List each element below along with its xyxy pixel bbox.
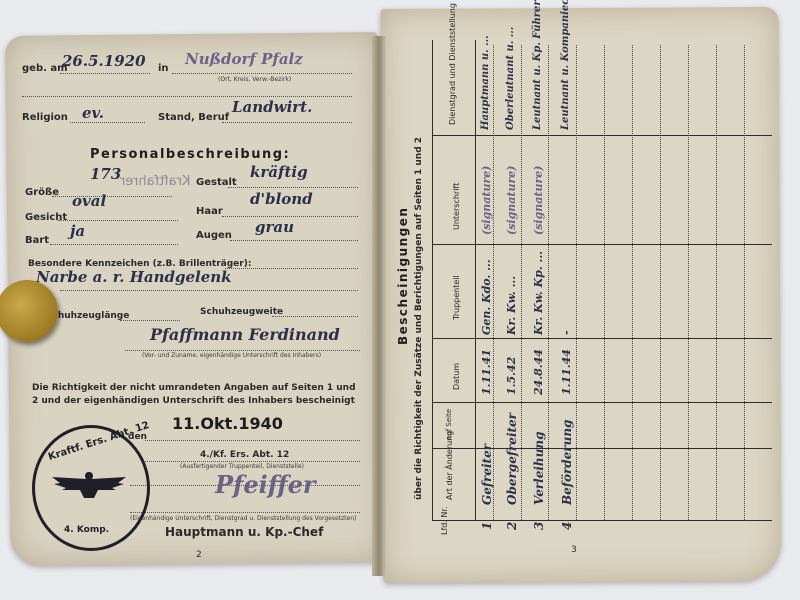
- table-row-line: [432, 135, 772, 136]
- mirrored-stamp: Kraftfahrer: [120, 174, 190, 189]
- beard-label: Bart: [25, 235, 49, 246]
- dotted-line: [222, 122, 352, 123]
- dotted-line: [145, 440, 360, 441]
- row-2-dienstgrad: Oberleutnant u. ...: [505, 27, 516, 130]
- eyes-label: Augen: [196, 230, 232, 241]
- religion-value: ev.: [82, 104, 104, 122]
- dotted-line: [172, 73, 352, 74]
- col-datum: Datum: [452, 363, 461, 390]
- dotted-line: [60, 290, 358, 291]
- row-4-nr: 4: [560, 522, 574, 530]
- birth-place: Nußdorf Pfalz: [185, 50, 303, 68]
- row-3-nr: 3: [532, 522, 546, 530]
- dotted-line: [52, 196, 172, 197]
- col-dienstgrad: Dienstgrad und Dienststellung: [448, 3, 457, 125]
- dotted-line: [70, 122, 145, 123]
- dotted-line: [125, 350, 360, 351]
- right-page-subheading: über die Richtigkeit der Zusätze und Ber…: [414, 137, 424, 500]
- row-3-truppenteil: Kr. Kw. Kp. ...: [532, 251, 545, 335]
- dotted-line: [120, 320, 180, 321]
- eagle-icon: [50, 468, 128, 502]
- holder-signature-hint: (Vor- und Zuname, eigenhändige Unterschr…: [142, 352, 321, 359]
- height-value: 173: [90, 165, 121, 183]
- dotted-line: [230, 240, 358, 241]
- date-stamp: 11.Okt.1940: [172, 414, 283, 433]
- row-3-signature: (signature): [532, 166, 545, 235]
- birth-place-hint: (Ort, Kreis, Verw.-Bezirk): [218, 76, 291, 83]
- hair-value: d'blond: [250, 190, 313, 208]
- dotted-line: [145, 461, 360, 462]
- row-dots: [576, 45, 577, 520]
- col-unterschrift: Unterschrift: [452, 183, 461, 230]
- row-dots: [548, 45, 549, 520]
- dotted-line: [272, 316, 358, 317]
- row-2-nr: 2: [505, 522, 519, 530]
- dotted-line: [130, 485, 360, 486]
- row-2-art: Obergefreiter: [505, 413, 519, 505]
- build-value: kräftig: [250, 163, 308, 181]
- shoe-width-label: Schuhzeugweite: [200, 307, 283, 317]
- row-dots: [521, 45, 522, 520]
- dotted-line: [225, 268, 358, 269]
- page-number-left: 2: [196, 550, 202, 560]
- occupation-value: Landwirt.: [232, 98, 312, 116]
- occupation-label: Stand, Beruf: [158, 112, 229, 123]
- row-4-dienstgrad: Leutnant u. Kompaniechef: [560, 0, 571, 130]
- marks-value: Narbe a. r. Handgelenk: [36, 268, 232, 286]
- row-1-truppenteil: Gen. Kdo. ...: [480, 259, 493, 335]
- row-dots: [632, 45, 633, 520]
- right-page: [381, 7, 782, 583]
- row-1-signature: (signature): [480, 166, 493, 235]
- row-4-datum: 1.11.44: [560, 349, 573, 395]
- dotted-line: [22, 96, 352, 97]
- dotted-line: [50, 244, 178, 245]
- table-row-line: [432, 338, 772, 339]
- row-3-dienstgrad: Leutnant u. Kp. Führer: [532, 0, 543, 130]
- birth-date: 26.5.1920: [62, 52, 146, 70]
- row-2-datum: 1.5.42: [505, 357, 518, 395]
- dotted-line: [58, 220, 178, 221]
- col-art: Art der Änderung: [445, 431, 454, 500]
- hair-label: Haar: [196, 206, 223, 217]
- row-2-truppenteil: Kr. Kw. ...: [505, 276, 518, 335]
- row-1-nr: 1: [480, 522, 494, 530]
- dotted-line: [60, 73, 150, 74]
- col-truppenteil: Truppenteil: [452, 275, 461, 320]
- row-dots: [716, 45, 717, 520]
- beard-value: ja: [70, 222, 85, 240]
- row-dots: [660, 45, 661, 520]
- row-dots: [688, 45, 689, 520]
- shoe-length-label: Schuhzeuglänge: [46, 311, 129, 321]
- certification-text: Die Richtigkeit der nicht umrandeten Ang…: [32, 382, 362, 408]
- row-1-art: Gefreiter: [480, 444, 494, 505]
- row-dots: [744, 45, 745, 520]
- religion-label: Religion: [22, 112, 68, 123]
- table-row-line: [432, 244, 772, 245]
- row-3-datum: 24.8.44: [532, 349, 545, 395]
- col-seite: auf Seite: [445, 409, 453, 440]
- description-heading: Personalbeschreibung:: [90, 147, 290, 162]
- face-label: Gesicht: [25, 212, 67, 223]
- birth-place-label: in: [158, 63, 169, 74]
- unit-hint: (Ausfertigender Truppenteil, Dienststell…: [180, 463, 304, 470]
- page-number-right: 3: [571, 545, 577, 555]
- row-1-datum: 1.11.41: [480, 349, 493, 395]
- officer-title: Hauptmann u. Kp.-Chef: [165, 525, 323, 539]
- eyes-value: grau: [255, 218, 294, 236]
- book-gutter: [372, 36, 386, 576]
- right-page-heading: Bescheinigungen: [396, 207, 410, 345]
- dotted-line: [228, 187, 358, 188]
- dotted-line: [222, 216, 358, 217]
- row-4-art: Beförderung: [560, 420, 574, 505]
- dotted-line: [130, 512, 360, 513]
- row-2-signature: (signature): [505, 166, 518, 235]
- row-4-truppenteil: -: [560, 330, 573, 335]
- unit-stamp: 4./Kf. Ers. Abt. 12: [200, 450, 289, 460]
- col-nr: Lfd. Nr.: [440, 506, 449, 535]
- table-row-line: [432, 402, 772, 403]
- face-value: oval: [72, 192, 106, 210]
- row-1-dienstgrad: Hauptmann u. ...: [480, 35, 491, 130]
- row-3-art: Verleihung: [532, 432, 546, 505]
- holder-signature: Pfaffmann Ferdinand: [150, 325, 340, 344]
- officer-hint: (Eigenhändige Unterschrift, Dienstgrad u…: [130, 515, 356, 522]
- seal-bottom-text: 4. Komp.: [64, 525, 109, 535]
- row-dots: [604, 45, 605, 520]
